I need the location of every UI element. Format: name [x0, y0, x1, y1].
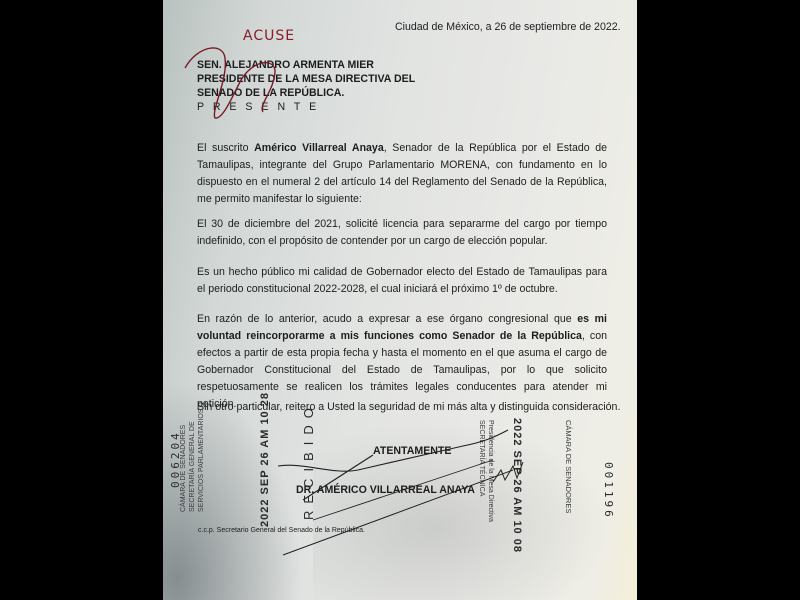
folio-stamp-right: 001196 [602, 462, 615, 520]
paragraph-text: En razón de lo anterior, acudo a expresa… [197, 313, 577, 325]
stamp-line: SECRETARÍA GENERAL DE [188, 409, 197, 512]
recipient-name: SEN. ALEJANDRO ARMENTA MIER [197, 58, 415, 72]
paragraph-text: El suscrito [197, 142, 254, 154]
stamp-line: SERVICIOS PARLAMENTARIOS [197, 409, 206, 512]
paragraph-intro: El suscrito Américo Villarreal Anaya, Se… [197, 140, 607, 208]
presidencia-stamp: Presidencia de la Mesa Directiva SECRETA… [477, 420, 495, 522]
paragraph-license: El 30 de diciembre del 2021, solicité li… [197, 216, 607, 250]
place-date: Ciudad de México, a 26 de septiembre de … [395, 19, 621, 36]
handwritten-acuse: ACUSE [243, 28, 295, 44]
recipient-presente: P R E S E N T E [197, 100, 415, 114]
sender-name-bold: Américo Villarreal Anaya [254, 142, 384, 154]
date-stamp-left: 2022 SEP 26 AM 10 28 [259, 392, 271, 527]
recipient-institution: SENADO DE LA REPÚBLICA. [197, 86, 415, 100]
recibido-stamp: RECIBIDO [301, 401, 316, 520]
scanned-letter-page: Ciudad de México, a 26 de septiembre de … [163, 0, 637, 600]
camara-stamp-left: CÁMARA DE SENADORES SECRETARÍA GENERAL D… [179, 409, 206, 512]
stamp-line: CÁMARA DE SENADORES [179, 409, 188, 512]
signer-name: DR. AMÉRICO VILLARREAL ANAYA [296, 484, 475, 496]
stamp-line: Presidencia de la Mesa Directiva [486, 420, 495, 522]
recipient-block: SEN. ALEJANDRO ARMENTA MIER PRESIDENTE D… [197, 58, 415, 114]
closing-atentamente: ATENTAMENTE [373, 445, 451, 457]
stamp-line: SECRETARÍA TÉCNICA [477, 420, 486, 522]
recipient-title: PRESIDENTE DE LA MESA DIRECTIVA DEL [197, 72, 415, 86]
camara-stamp-right: CÁMARA DE SENADORES [564, 420, 573, 513]
date-stamp-right: 2022 SEP 26 AM 10 08 [511, 418, 523, 553]
carbon-copy-note: c.c.p. Secretario General del Senado de … [198, 527, 365, 534]
paragraph-governor: Es un hecho público mi calidad de Gobern… [197, 264, 607, 298]
